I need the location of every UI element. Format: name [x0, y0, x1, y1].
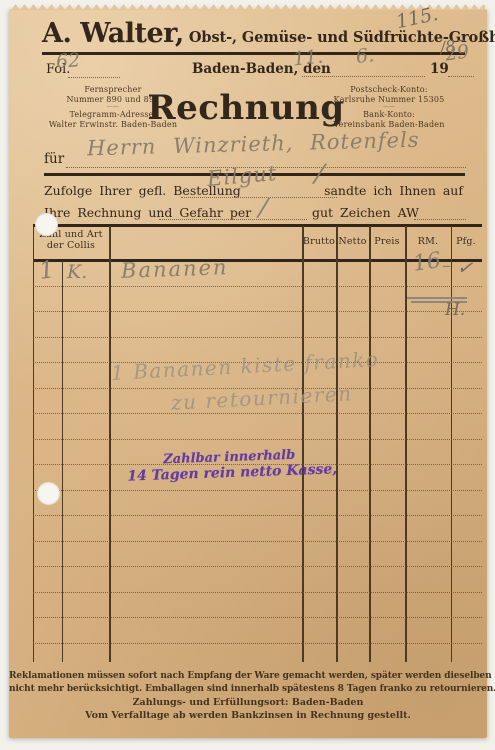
order-part4: gut Zeichen AW	[312, 205, 419, 220]
table-vline-rm	[405, 226, 407, 662]
table-row-line	[33, 541, 482, 542]
table-vline-collis	[109, 226, 111, 662]
item-unit-handwritten: K.	[67, 261, 87, 283]
punch-hole-bottom	[37, 482, 60, 505]
table-header-rm: RM.	[405, 236, 451, 247]
date-month-handwritten: 6.	[355, 44, 375, 68]
crate-note-line1-handwritten: 1 Bananen kiste franko	[111, 347, 380, 385]
crate-note-line2-handwritten: zu retournieren	[170, 381, 353, 414]
table-row-line	[33, 592, 482, 593]
checkmark-icon: ✓	[456, 256, 474, 280]
table-header-preis: Preis	[369, 236, 405, 247]
handwritten-slash: ∕	[258, 193, 268, 223]
fol-value-handwritten: 62	[55, 49, 81, 73]
table-vline-preis	[369, 226, 371, 662]
postal-account-label: Postscheck-Konto:	[321, 85, 457, 95]
document-title: Rechnung	[146, 88, 346, 128]
table-vline-pfg	[451, 226, 452, 662]
year-handwritten: 29	[444, 40, 471, 65]
right-contact-block: Postscheck-Konto: Karlsruhe Nummer 15305…	[321, 85, 457, 129]
order-part3: Ihre Rechnung und Gefahr per	[44, 205, 251, 220]
year-dotted-line	[448, 76, 474, 77]
table-row-line	[33, 311, 482, 312]
table-row-line	[33, 337, 482, 338]
table-row-line	[33, 413, 482, 414]
table-row-line	[33, 515, 482, 516]
company-name: A. Walter,	[42, 18, 184, 49]
table-vline-sub	[62, 261, 63, 662]
order-part2: sandte ich Ihnen auf	[324, 183, 463, 198]
punch-hole-top	[35, 213, 58, 236]
table-header-pfg: Pfg.	[451, 236, 481, 247]
invoice-paper: A. Walter, Obst-, Gemüse- und Südfrüchte…	[9, 9, 487, 738]
col1-line2: der Collis	[33, 240, 109, 251]
table-row-line	[33, 643, 482, 644]
table-vline-brutto	[302, 226, 304, 662]
table-vline-netto	[336, 226, 338, 662]
table-row-line	[33, 617, 482, 618]
table-row-line	[33, 439, 482, 440]
footer-line1: Reklamationen müssen sofort nach Empfang…	[9, 670, 487, 683]
table-top-rule	[33, 224, 482, 227]
footer-conditions: Reklamationen müssen sofort nach Empfang…	[9, 670, 487, 722]
bank-account-label: Bank-Konto:	[321, 110, 457, 120]
footer-line3: Zahlungs- und Erfüllungsort: Baden-Baden	[9, 696, 487, 709]
footer-line4: Vom Verfalltage ab werden Bankzinsen in …	[9, 709, 487, 722]
item-amount-pfg-handwritten: –	[442, 255, 451, 276]
table-row-line	[33, 286, 482, 287]
date-day-handwritten: 11.	[292, 45, 324, 70]
order-dotted-line3	[414, 219, 466, 220]
fuer-label: für	[44, 151, 64, 167]
pencil-underline	[407, 297, 467, 299]
order-dotted-line2	[159, 219, 307, 220]
table-row-line	[33, 490, 482, 491]
table-header-brutto: Brutto	[302, 236, 336, 247]
footer-line2: nicht mehr berücksichtigt. Emballagen si…	[9, 683, 487, 696]
recipient-name-handwritten: Herrn Winzrieth, Rotenfels	[87, 128, 420, 161]
date-dotted-line	[302, 76, 425, 77]
table-header-netto: Netto	[336, 236, 369, 247]
table-row-line	[33, 566, 482, 567]
letterhead-rule	[42, 52, 465, 55]
table-vline-left	[33, 226, 34, 662]
scanned-invoice-photo: A. Walter, Obst-, Gemüse- und Südfrüchte…	[0, 0, 495, 750]
fol-dotted-line	[68, 77, 120, 78]
margin-note-handwritten: H.	[445, 300, 465, 320]
item-amount-rm-handwritten: 16	[411, 248, 442, 277]
item-description-handwritten: Bananen	[121, 255, 229, 283]
